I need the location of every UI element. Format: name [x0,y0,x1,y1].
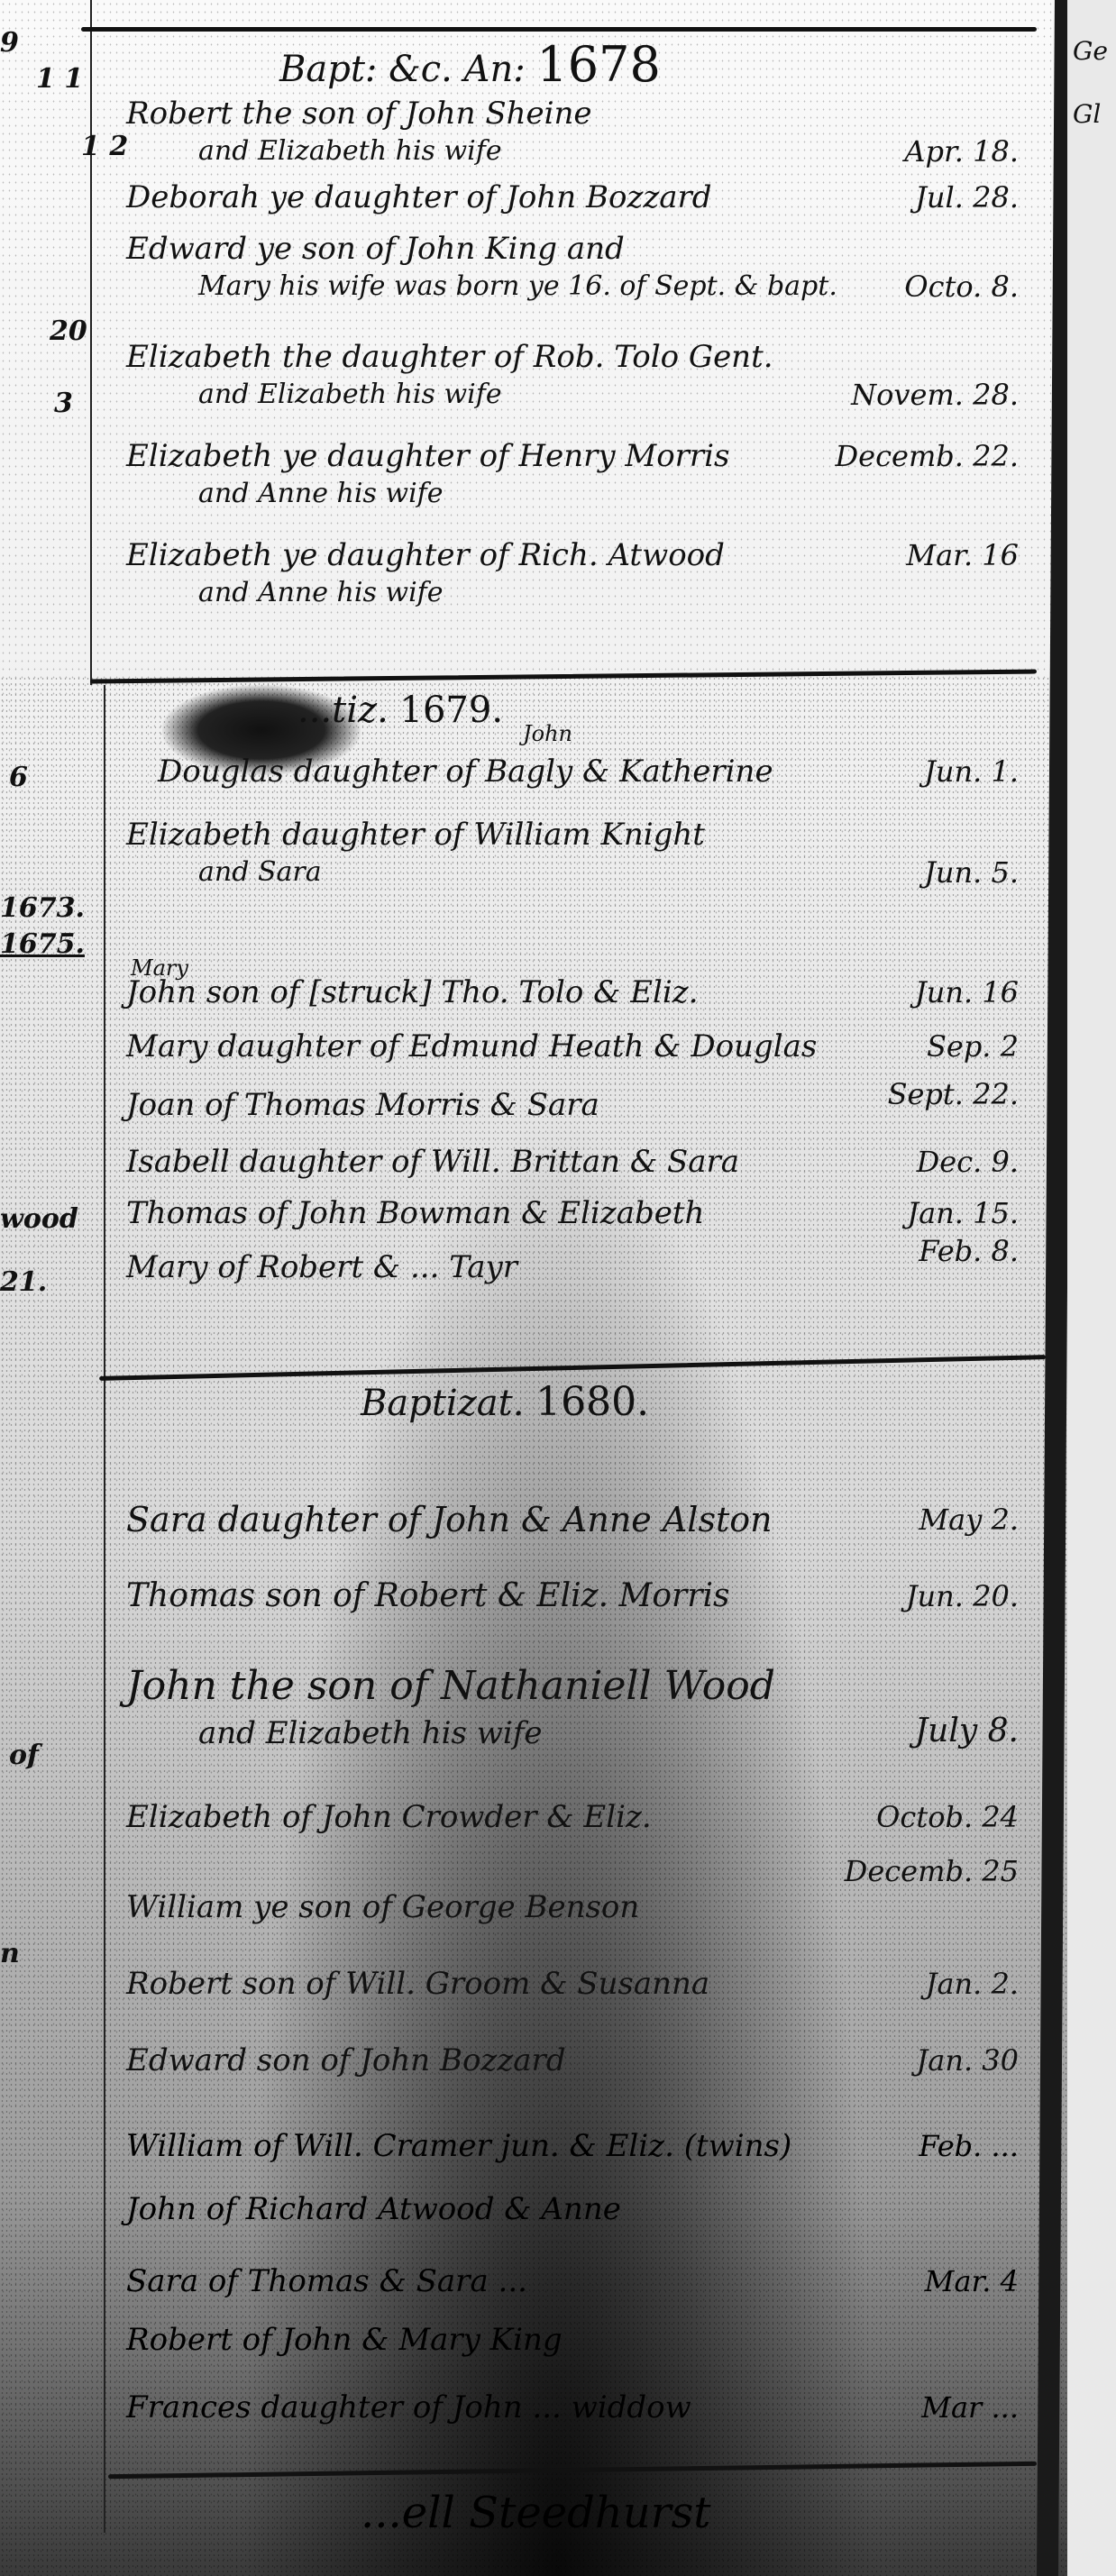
baptism-entry: Elizabeth ye daughter of Henry Morris an… [126,437,1028,513]
margin-fragment: 1673. [0,892,85,924]
baptism-entry: Sara daughter of John & Anne Alston May … [126,1501,1028,1539]
entry-date: Decemb. 25 [845,1852,1019,1890]
margin-fragment: 9 [0,27,19,59]
entry-line1: Edward son of John Bozzard [126,2042,1028,2079]
entry-date: Octo. 8. [904,268,1019,306]
entry-line1: Douglas daughter of Bagly & Katherine [158,753,1028,790]
section-heading-1678: Bapt: &c. An: 1678 [279,36,661,93]
margin-fragment: wood [0,1203,78,1235]
margin-fragment: 1 1 [36,63,83,95]
entry-date: Jun. 16 [915,973,1019,1011]
baptism-entry: John son of [struck] Tho. Tolo & Eliz. J… [126,973,1028,1011]
entry-line1: Edward ye son of John King and [126,230,1028,268]
entry-date: Novem. 28. [851,376,1019,414]
heading-year: 1680. [535,1379,649,1425]
bottom-signature: ...ell Steedhurst [361,2488,711,2538]
margin-fragment: of [9,1740,39,1771]
entry-date: Mar. 16 [906,536,1019,574]
section-heading-1679: ...tiz. 1679. [297,690,503,731]
entry-line2: Mary his wife was born ye 16. of Sept. &… [126,268,1028,306]
entry-line1: Elizabeth daughter of William Knight [126,816,1028,854]
entry-line1: John the son of Nathaniell Wood [126,1663,1028,1710]
baptism-entry: Edward son of John Bozzard Jan. 30 [126,2042,1028,2079]
entry-date: July 8. [915,1708,1019,1755]
baptism-entry: William of Will. Cramer jun. & Eliz. (tw… [126,2127,1028,2165]
section-rule [81,27,1037,32]
baptism-entry: Edward ye son of John King and Mary his … [126,230,1028,306]
entry-date: Jun. 1. [924,753,1019,790]
margin-fragment: 6 [9,762,28,793]
heading-year: 1678 [536,36,660,93]
entry-line2: and Sara [126,854,1028,891]
entry-line2: and Elizabeth his wife [126,1710,1028,1757]
entry-date: Sep. 2 [927,1028,1019,1065]
entry-line1: William ye son of George Benson [126,1888,1028,1926]
entry-date: Feb. 8. [919,1232,1019,1270]
entry-line1: Thomas son of Robert & Eliz. Morris [126,1577,1028,1615]
entry-line1: Frances daughter of John ... widdow [126,2389,1028,2426]
heading-label: ...tiz. [297,690,389,731]
entry-date: Dec. 9. [917,1143,1019,1181]
entry-line1: William of Will. Cramer jun. & Eliz. (tw… [126,2127,1028,2165]
baptism-entry: Joan of Thomas Morris & Sara Sept. 22. [126,1086,1028,1124]
heading-label: Bapt: &c. An: [279,49,526,90]
baptism-entry: Isabell daughter of Will. Brittan & Sara… [126,1143,1028,1181]
entry-date: Feb. ... [919,2127,1019,2165]
baptism-entry: Thomas of John Bowman & Elizabeth Jan. 1… [126,1194,1028,1232]
facing-page-edge [1067,0,1116,2576]
entry-line1: John son of [struck] Tho. Tolo & Eliz. [126,973,1028,1011]
entry-line1: Mary of Robert & ... Tayr [126,1248,1028,1286]
baptism-entry: Douglas daughter of Bagly & Katherine Ju… [158,753,1028,790]
heading-year: 1679. [400,690,504,731]
entry-date: Mar. 4 [925,2262,1019,2300]
entry-line2: and Elizabeth his wife [126,132,1028,170]
baptism-entry: Elizabeth ye daughter of Rich. Atwood an… [126,536,1028,612]
section-heading-1680: Baptizat. 1680. [361,1379,649,1425]
baptism-entry: Elizabeth of John Crowder & Eliz. Octob.… [126,1798,1028,1836]
baptism-entry: Mary daughter of Edmund Heath & Douglas … [126,1028,1028,1065]
baptism-entry: Thomas son of Robert & Eliz. Morris Jun.… [126,1577,1028,1615]
entry-line2: and Anne his wife [126,574,1028,612]
entry-line1: John of Richard Atwood & Anne [126,2190,1028,2228]
baptism-entry: Sara of Thomas & Sara ... Mar. 4 [126,2262,1028,2300]
margin-fragment: 1675. [0,928,85,960]
entry-line1: Elizabeth ye daughter of Rich. Atwood [126,536,1028,574]
margin-fragment: 20 [50,315,87,347]
facing-page-fragment: Ge [1073,36,1108,66]
entry-line1: Robert of John & Mary King [126,2321,1028,2359]
baptism-entry: Mary of Robert & ... Tayr Feb. 8. [126,1248,1028,1286]
entry-line1: Robert the son of John Sheine [126,95,1028,132]
register-page: Ge Gl 9 1 1 1 2 20 3 6 1673. 1675. wood … [0,0,1116,2576]
interlinear-note: John [523,721,572,746]
baptism-entry: Frances daughter of John ... widdow Mar … [126,2389,1028,2426]
baptism-entry: Robert son of Will. Groom & Susanna Jan.… [126,1965,1028,2003]
baptism-entry: William ye son of George Benson Decemb. … [126,1888,1028,1926]
entry-line1: Sara daughter of John & Anne Alston [126,1501,1028,1539]
entry-date: Jun. 20. [906,1577,1019,1615]
entry-line2: and Anne his wife [126,475,1028,513]
entry-line1: Deborah ye daughter of John Bozzard [126,178,1028,216]
entry-line1: Thomas of John Bowman & Elizabeth [126,1194,1028,1232]
baptism-entry: Robert the son of John Sheine and Elizab… [126,95,1028,170]
entry-line1: Robert son of Will. Groom & Susanna [126,1965,1028,2003]
margin-fragment: 21. [0,1266,47,1298]
entry-date: Jan. 2. [926,1965,1019,2003]
entry-line1: Sara of Thomas & Sara ... [126,2262,1028,2300]
entry-line1: Elizabeth the daughter of Rob. Tolo Gent… [126,338,1028,376]
entry-date: Mar ... [921,2389,1019,2426]
entry-date: Jan. 15. [907,1194,1019,1232]
baptism-entry: Elizabeth daughter of William Knight and… [126,816,1028,891]
entry-date: Jun. 5. [924,854,1019,891]
baptism-entry: John the son of Nathaniell Wood and Eliz… [126,1663,1028,1757]
margin-fragment: 3 [54,388,73,419]
entry-date: Decemb. 22. [835,437,1019,475]
heading-label: Baptizat. [361,1383,524,1424]
entry-date: Jul. 28. [915,178,1019,216]
entry-line1: Mary daughter of Edmund Heath & Douglas [126,1028,1028,1065]
entry-date: Jan. 30 [916,2042,1019,2079]
baptism-entry: Deborah ye daughter of John Bozzard Jul.… [126,178,1028,216]
baptism-entry: Elizabeth the daughter of Rob. Tolo Gent… [126,338,1028,414]
margin-rule [90,0,92,685]
entry-date: Sept. 22. [888,1075,1019,1113]
margin-rule [104,685,105,2533]
baptism-entry: John of Richard Atwood & Anne [126,2190,1028,2228]
entry-date: Apr. 18. [904,132,1019,170]
facing-page-fragment: Gl [1073,99,1101,129]
margin-fragment: n [0,1938,20,1969]
entry-date: Octob. 24 [876,1798,1019,1836]
baptism-entry: Robert of John & Mary King [126,2321,1028,2359]
entry-date: May 2. [919,1501,1019,1539]
entry-line1: Isabell daughter of Will. Brittan & Sara [126,1143,1028,1181]
margin-fragment: 1 2 [81,131,128,162]
